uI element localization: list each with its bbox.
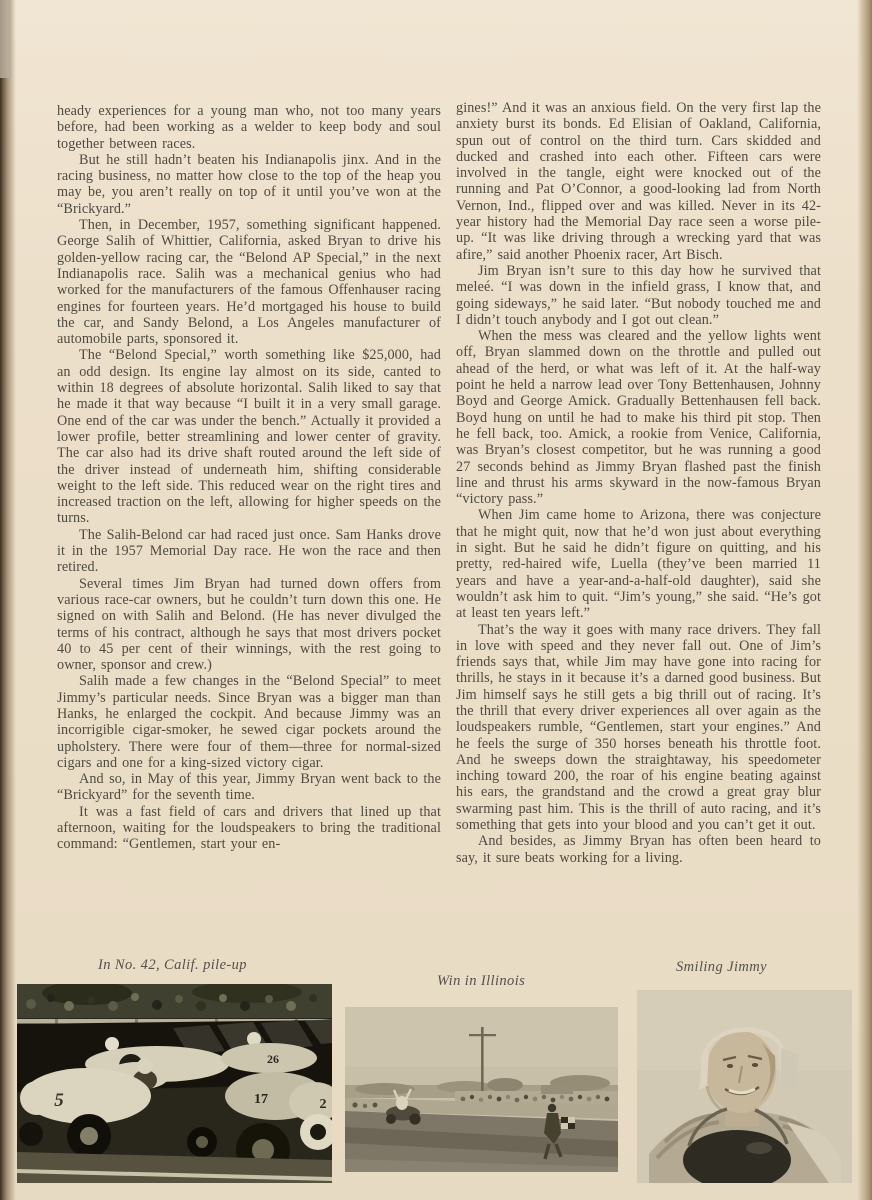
- photo-caption-pileup: In No. 42, Calif. pile-up: [98, 957, 247, 974]
- scanned-magazine-page: heady experiences for a young man who, n…: [0, 0, 872, 1200]
- left-text-column: heady experiences for a young man who, n…: [57, 103, 441, 853]
- paragraph: Jim Bryan isn’t sure to this day how he …: [456, 263, 821, 328]
- paragraph: And so, in May of this year, Jimmy Bryan…: [57, 771, 441, 804]
- paragraph: gines!” And it was an anxious field. On …: [456, 100, 821, 263]
- paragraph: Then, in December, 1957, something signi…: [57, 217, 441, 347]
- photo-caption-illinois: Win in Illinois: [437, 973, 525, 990]
- car-number-5: 5: [54, 1090, 64, 1111]
- car-number-26: 26: [267, 1052, 279, 1066]
- car-number-2: 2: [320, 1097, 327, 1112]
- photo-caption-jimmy: Smiling Jimmy: [676, 959, 767, 976]
- photo-illinois-win: [345, 1007, 618, 1172]
- photo-jimmy-portrait: [637, 990, 852, 1183]
- right-text-column: gines!” And it was an anxious field. On …: [456, 100, 821, 866]
- photo-pileup: 42 26 17 5 2: [17, 984, 332, 1183]
- paragraph: And besides, as Jimmy Bryan has often be…: [456, 833, 821, 866]
- paragraph: It was a fast field of cars and drivers …: [57, 804, 441, 853]
- paragraph: heady experiences for a young man who, n…: [57, 103, 441, 152]
- page-curl-edge: [857, 0, 872, 1200]
- page-binding-edge: [0, 0, 16, 1200]
- paragraph: The “Belond Special,” worth something li…: [57, 347, 441, 526]
- race-track: [345, 1111, 618, 1172]
- paragraph: That’s the way it goes with many race dr…: [456, 622, 821, 834]
- page-binding-edge-highlight: [0, 0, 9, 78]
- grandstand-crowd: [17, 984, 332, 1018]
- face: [706, 1031, 776, 1113]
- paragraph: The Salih-Belond car had raced just once…: [57, 527, 441, 576]
- paragraph: When Jim came home to Arizona, there was…: [456, 507, 821, 621]
- paragraph: Several times Jim Bryan had turned down …: [57, 576, 441, 674]
- paragraph: But he still hadn’t beaten his Indianapo…: [57, 152, 441, 217]
- paragraph: When the mess was cleared and the yellow…: [456, 328, 821, 507]
- paragraph: Salih made a few changes in the “Belond …: [57, 673, 441, 771]
- car-number-17: 17: [254, 1092, 268, 1107]
